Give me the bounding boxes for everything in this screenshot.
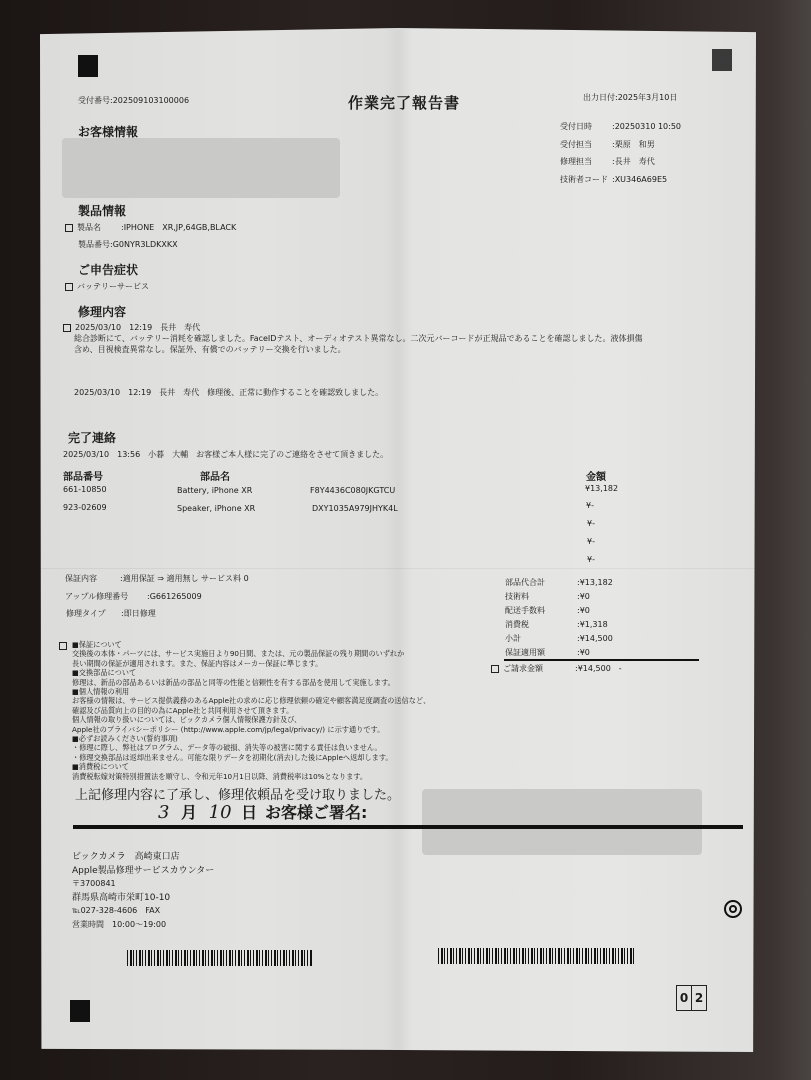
legal-line: Apple社のプライバシーポリシー (http://www.apple.com/… xyxy=(72,725,492,734)
legal-line: 修理は、新品の部品あるいは新品の部品と同等の性能と信頼性を有する部品を使用して実… xyxy=(72,678,492,687)
signature-divider xyxy=(73,825,743,829)
part-row-4-amount: ¥- xyxy=(587,537,595,546)
repair-entry-1-line2: 含め、目視検査異常なし。保証外、有償でのバッテリー交換を行いました。 xyxy=(74,344,346,355)
product-name-value: :IPHONE XR,JP,64GB,BLACK xyxy=(121,223,236,232)
handwritten-day: 10 xyxy=(209,802,232,823)
legal-line: ■保証について xyxy=(72,640,492,649)
total-label: 消費税 xyxy=(505,619,577,630)
grand-total-checkbox[interactable] xyxy=(491,665,499,673)
parts-header-part-name: 部品名 xyxy=(200,468,230,483)
total-value: :¥14,500 xyxy=(577,634,613,643)
redacted-customer-info xyxy=(62,138,340,198)
legal-checkbox[interactable] xyxy=(59,642,67,650)
repair-report-document: 受付番号:202509103100006 作業完了報告書 出力日付:2025年3… xyxy=(40,28,756,1052)
legal-line: ■交換部品について xyxy=(72,668,492,677)
legal-line: 交換後の本体・パーツには、サービス実施日より90日間、または、元の製品保証の残り… xyxy=(72,649,492,658)
product-serial-label: 製品番号 xyxy=(78,240,110,249)
info-value: :長井 寿代 xyxy=(612,157,655,166)
store-postal: 〒3700841 xyxy=(72,878,116,889)
month-unit: 月 xyxy=(181,803,197,822)
repair-entry-checkbox[interactable] xyxy=(63,324,71,332)
total-value: :¥0 xyxy=(577,606,590,615)
product-name-row: 製品名:IPHONE XR,JP,64GB,BLACK xyxy=(65,222,236,233)
legal-line: ■個人情報の利用 xyxy=(72,687,492,696)
symptom-item: バッテリーサービス xyxy=(65,281,149,292)
part-row-2-name: Speaker, iPhone XR xyxy=(177,504,255,513)
repair-entry-1-line1: 総合診断にて、バッテリー消耗を確認しました。FaceIDテスト、オーディオテスト… xyxy=(74,333,642,344)
product-serial-value: :G0NYR3LDKXKX xyxy=(110,240,178,249)
legal-line: ・修理に際し、弊社はプログラム、データ等の破損、消失等の被害に関する責任は負いま… xyxy=(72,743,492,752)
part-row-1-amount: ¥13,182 xyxy=(585,484,618,493)
document-title: 作業完了報告書 xyxy=(348,92,460,113)
total-value: :¥0 xyxy=(577,648,590,657)
total-label: 技術料 xyxy=(505,591,577,602)
signature-date: 3 月 10 日 xyxy=(158,800,257,823)
registration-mark-top-right xyxy=(712,49,732,71)
product-serial-row: 製品番号:G0NYR3LDKXKX xyxy=(78,239,178,250)
store-address: 群馬県高崎市栄町10-10 xyxy=(72,890,170,903)
total-label: 配送手数料 xyxy=(505,605,577,616)
completion-text: 2025/03/10 13:56 小暮 大輔 お客様ご本人様に完了のご連絡をさせ… xyxy=(63,449,388,460)
symptom-heading: ご申告症状 xyxy=(78,261,138,278)
total-label: 保証適用額 xyxy=(505,647,577,658)
receipt-number: 受付番号:202509103100006 xyxy=(78,95,189,106)
part-row-2-no: 923-02609 xyxy=(63,503,107,512)
grand-total-label: ご請求金額 xyxy=(503,663,575,674)
info-label: 受付担当 xyxy=(560,139,612,150)
part-row-1-no: 661-10850 xyxy=(63,485,107,494)
apple-repair-no-value: :G661265009 xyxy=(147,592,202,601)
fold-crease xyxy=(40,568,756,569)
redacted-signature[interactable] xyxy=(422,789,702,855)
repair-entry-meta-text: 2025/03/10 12:19 長井 寿代 xyxy=(75,323,200,332)
info-label: 受付日時 xyxy=(560,121,612,132)
legal-line: 確認及び品質向上の目的の為にApple社と共同利用させて頂きます。 xyxy=(72,706,492,715)
repair-heading: 修理内容 xyxy=(78,303,126,320)
legal-line: お客様の情報は、サービス提供義務のあるApple社の求めに応じ修理依頼の確定や顧… xyxy=(72,696,492,705)
page-digit: 0 xyxy=(677,986,691,1010)
total-label: 小計 xyxy=(505,633,577,644)
page-digit: 2 xyxy=(691,986,706,1010)
warranty-label: 保証内容 xyxy=(65,573,120,584)
part-row-5-amount: ¥- xyxy=(587,555,595,564)
repair-entry-2: 2025/03/10 12:19 長井 寿代 修理後、正常に動作することを確認致… xyxy=(74,387,383,398)
total-label: 部品代合計 xyxy=(505,577,577,588)
totals-divider xyxy=(504,659,699,661)
repair-type-label: 修理タイプ xyxy=(66,608,121,619)
symptom-text: バッテリーサービス xyxy=(77,282,149,291)
part-row-1-name: Battery, iPhone XR xyxy=(177,486,252,495)
grand-total-value: :¥14,500 - xyxy=(575,664,622,673)
legal-line: ■必ずお読みください(誓約事項) xyxy=(72,734,492,743)
legal-line: 長い期間の保証が適用されます。また、保証内容はメーカー保証に準じます。 xyxy=(72,659,492,668)
apple-repair-no-label: アップル修理番号 xyxy=(65,591,147,602)
part-row-2-serial: DXY1035A979JHYK4L xyxy=(312,504,398,513)
info-value: :栗原 和男 xyxy=(612,140,655,149)
warranty-value: :適用保証 ⇒ 適用無し サービス料 0 xyxy=(120,574,249,583)
info-label: 修理担当 xyxy=(560,156,612,167)
info-value: :20250310 10:50 xyxy=(612,122,681,131)
signature-label: お客様ご署名: xyxy=(265,800,367,823)
output-date: 出力日付:2025年3月10日 xyxy=(583,92,677,103)
day-unit: 日 xyxy=(241,803,257,822)
legal-line: ■消費税について xyxy=(72,762,492,771)
repair-type-value: :即日修理 xyxy=(121,609,156,618)
store-phone: ℡027-328-4606 FAX xyxy=(72,905,160,916)
handwritten-month: 3 xyxy=(158,802,169,823)
symptom-checkbox[interactable] xyxy=(65,283,73,291)
registration-mark-bottom-left xyxy=(70,1000,90,1022)
registration-mark-top-left xyxy=(78,55,98,77)
total-value: :¥13,182 xyxy=(577,578,613,587)
product-name-label: 製品名 xyxy=(77,222,121,233)
parts-header-amount: 金額 xyxy=(586,468,606,483)
repair-entry-1-meta: 2025/03/10 12:19 長井 寿代 xyxy=(63,322,200,333)
barcode-right xyxy=(438,948,634,964)
legal-notice: ■保証について 交換後の本体・パーツには、サービス実施日より90日間、または、元… xyxy=(72,640,492,781)
target-mark-icon xyxy=(724,900,742,918)
info-label: 技術者コード xyxy=(560,174,612,185)
legal-line: ・修理交換部品は返却出来ません。可能な限りデータを初期化(消去)した後にAppl… xyxy=(72,753,492,762)
info-value: :XU346A69E5 xyxy=(612,175,667,184)
part-row-3-amount: ¥- xyxy=(587,519,595,528)
store-hours: 営業時間 10:00～19:00 xyxy=(72,919,166,930)
page-number-box: 0 2 xyxy=(676,985,707,1011)
total-value: :¥1,318 xyxy=(577,620,608,629)
legal-line: 個人情報の取り扱いについては、ビックカメラ個人情報保護方針及び、 xyxy=(72,715,492,724)
completion-heading: 完了連絡 xyxy=(68,429,116,446)
product-info-heading: 製品情報 xyxy=(78,202,126,219)
legal-line: 消費税転嫁対策特別措置法を順守し、令和元年10月1日以降、消費税率は10%となり… xyxy=(72,772,492,781)
part-row-1-serial: F8Y4436C080JKGTCU xyxy=(310,486,395,495)
store-name: ビックカメラ 高崎東口店 xyxy=(72,849,180,862)
product-name-checkbox[interactable] xyxy=(65,224,73,232)
total-value: :¥0 xyxy=(577,592,590,601)
parts-header-part-no: 部品番号 xyxy=(63,468,103,483)
part-row-2-amount: ¥- xyxy=(586,501,594,510)
store-counter: Apple製品修理サービスカウンター xyxy=(72,863,214,876)
barcode-left xyxy=(127,950,313,966)
